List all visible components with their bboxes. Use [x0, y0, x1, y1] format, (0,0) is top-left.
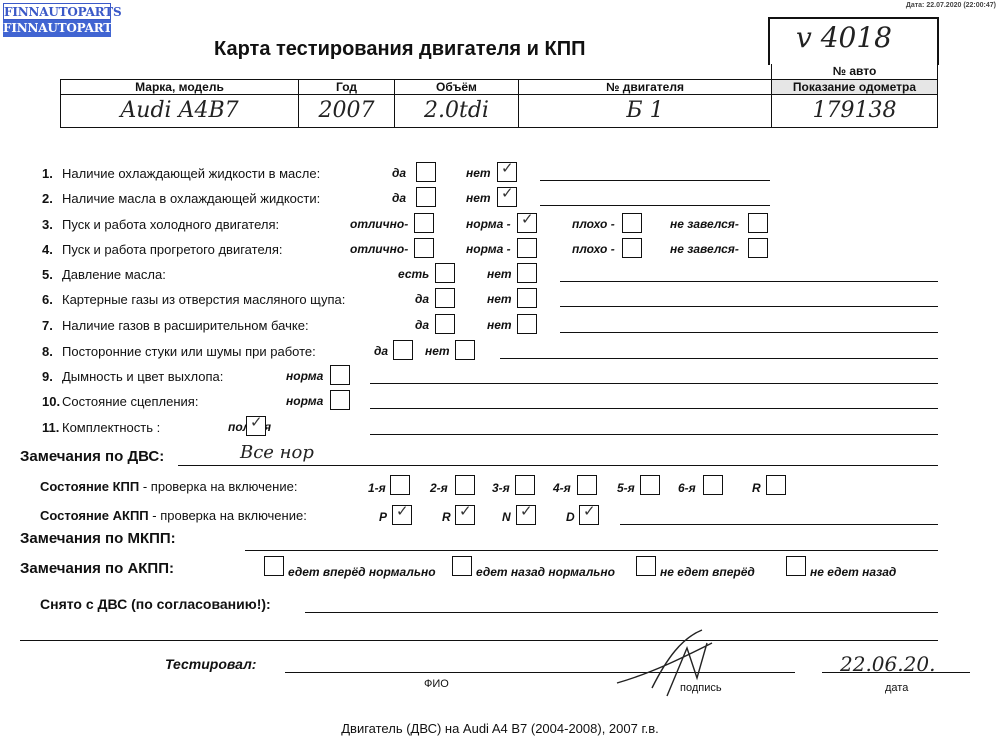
option-checkbox[interactable] [435, 263, 455, 283]
checklist-item: 10.Состояние сцепления: [42, 394, 198, 409]
item-number: 6. [42, 292, 62, 307]
gear-label: 5-я [617, 481, 635, 495]
option-label: нет [487, 267, 512, 281]
item-label: Давление масла: [62, 267, 166, 282]
remarks-engine-value: Все нор [240, 442, 314, 463]
gear-checkbox[interactable] [390, 475, 410, 495]
option-label: не завелся- [670, 242, 739, 256]
position-checkbox[interactable]: ✓ [516, 505, 536, 525]
option-checkbox[interactable]: ✓ [517, 213, 537, 233]
option-checkbox[interactable] [517, 288, 537, 308]
watermark-line-1: FINNAUTOPARTS [3, 3, 111, 20]
item-label: Дымность и цвет выхлопа: [62, 369, 223, 384]
option-checkbox[interactable]: ✓ [497, 187, 517, 207]
notes-line [560, 281, 938, 282]
item-number: 10. [42, 394, 62, 409]
option-label: отлично- [350, 242, 408, 256]
notes-line [370, 434, 938, 435]
checklist-item: 4.Пуск и работа прогретого двигателя: [42, 242, 282, 257]
remarks-manual-line [245, 550, 938, 551]
remarks-engine-line [178, 465, 938, 466]
notes-line [370, 408, 938, 409]
position-label: R [442, 510, 451, 524]
option-checkbox[interactable] [416, 187, 436, 207]
remarks-auto-label: Замечания по АКПП: [20, 560, 174, 577]
checklist-item: 9.Дымность и цвет выхлопа: [42, 369, 223, 384]
vehicle-info-table: № авто Марка, модель Год Объём № двигате… [60, 64, 938, 128]
option-checkbox[interactable] [414, 238, 434, 258]
option-checkbox[interactable] [416, 162, 436, 182]
option-checkbox[interactable]: ✓ [497, 162, 517, 182]
checkmark-icon: ✓ [583, 502, 596, 520]
auto-remark-label: не едет вперёд [660, 565, 755, 579]
col-header-volume: Объём [395, 79, 519, 94]
gear-label: 3-я [492, 481, 510, 495]
position-checkbox[interactable]: ✓ [579, 505, 599, 525]
image-caption: Двигатель (ДВС) на Audi A4 B7 (2004-2008… [0, 721, 1000, 736]
option-label: плохо - [572, 242, 615, 256]
option-label: есть [398, 267, 429, 281]
option-label: норма [286, 369, 323, 383]
option-checkbox[interactable] [393, 340, 413, 360]
item-label: Комплектность : [62, 420, 160, 435]
col-header-odometer: Показание одометра [772, 79, 938, 94]
option-checkbox[interactable] [748, 238, 768, 258]
gear-label: 4-я [553, 481, 571, 495]
notes-line [560, 306, 938, 307]
item-label: Состояние сцепления: [62, 394, 198, 409]
item-number: 9. [42, 369, 62, 384]
option-label: плохо - [572, 217, 615, 231]
option-label: да [392, 191, 406, 205]
option-label: нет [425, 344, 450, 358]
option-label: нет [466, 191, 491, 205]
position-checkbox[interactable]: ✓ [392, 505, 412, 525]
option-label: да [392, 166, 406, 180]
removed-label: Снято с ДВС (по согласованию!): [40, 596, 271, 612]
option-checkbox[interactable] [622, 238, 642, 258]
signature-caption: подпись [680, 682, 722, 694]
position-label: D [566, 510, 575, 524]
page-title: Карта тестирования двигателя и КПП [214, 38, 585, 61]
checklist-item: 2.Наличие масла в охлаждающей жидкости: [42, 191, 320, 206]
col-header-year: Год [299, 79, 395, 94]
auto-remark-label: едет назад нормально [476, 565, 615, 579]
item-number: 3. [42, 217, 62, 232]
remarks-manual-label: Замечания по МКПП: [20, 530, 176, 547]
extra-line [20, 640, 938, 641]
name-caption: ФИО [424, 678, 449, 690]
option-checkbox[interactable] [517, 263, 537, 283]
position-label: N [502, 510, 511, 524]
checklist-item: 5.Давление масла: [42, 267, 166, 282]
checkmark-icon: ✓ [459, 502, 472, 520]
option-label: норма - [466, 242, 511, 256]
option-label: не завелся- [670, 217, 739, 231]
checkmark-icon: ✓ [501, 159, 514, 177]
auto-remark-label: едет вперёд нормально [288, 565, 436, 579]
item-number: 8. [42, 344, 62, 359]
item-label: Наличие охлаждающей жидкости в масле: [62, 166, 320, 181]
checklist-item: 8.Посторонние стуки или шумы при работе: [42, 344, 316, 359]
checkmark-icon: ✓ [250, 413, 263, 431]
option-checkbox[interactable] [622, 213, 642, 233]
option-label: нет [466, 166, 491, 180]
value-volume: 2.0tdi [395, 94, 519, 127]
item-label: Пуск и работа холодного двигателя: [62, 217, 279, 232]
option-label: норма - [466, 217, 511, 231]
notes-line [540, 205, 770, 206]
gear-checkbox[interactable] [640, 475, 660, 495]
option-checkbox[interactable] [517, 314, 537, 334]
option-checkbox[interactable] [435, 288, 455, 308]
item-number: 11. [42, 420, 62, 435]
option-label: да [374, 344, 388, 358]
car-number-value: v 4018 [796, 21, 892, 54]
option-label: да [415, 292, 429, 306]
auto-remark-checkbox[interactable] [786, 556, 806, 576]
item-label: Посторонние стуки или шумы при работе: [62, 344, 316, 359]
checkmark-icon: ✓ [520, 502, 533, 520]
removed-line [305, 612, 938, 613]
option-label: да [415, 318, 429, 332]
notes-line [560, 332, 938, 333]
checkmark-icon: ✓ [501, 184, 514, 202]
auto-gearbox-line [620, 524, 938, 525]
auto-remark-checkbox[interactable] [452, 556, 472, 576]
car-number-label: № авто [772, 64, 938, 79]
tested-label: Тестировал: [165, 656, 256, 672]
gear-label: 6-я [678, 481, 696, 495]
value-year: 2007 [299, 94, 395, 127]
item-label: Наличие газов в расширительном бачке: [62, 318, 309, 333]
name-line [285, 672, 625, 673]
item-label: Пуск и работа прогретого двигателя: [62, 242, 282, 257]
gear-checkbox[interactable] [703, 475, 723, 495]
option-checkbox[interactable] [330, 390, 350, 410]
checklist-item: 1.Наличие охлаждающей жидкости в масле: [42, 166, 320, 181]
watermark-logo: FINNAUTOPARTS FINNAUTOPARTS [3, 3, 111, 37]
date-stamp: Дата: 22.07.2020 (22:00:47) [906, 2, 996, 9]
gear-checkbox[interactable] [577, 475, 597, 495]
auto-gearbox-label: Состояние АКПП - проверка на включение: [40, 508, 307, 523]
gear-checkbox[interactable] [766, 475, 786, 495]
auto-remark-checkbox[interactable] [636, 556, 656, 576]
col-header-make: Марка, модель [61, 79, 299, 94]
option-checkbox[interactable] [414, 213, 434, 233]
checklist-item: 11.Комплектность : [42, 420, 160, 435]
checklist-item: 7.Наличие газов в расширительном бачке: [42, 318, 309, 333]
option-label: норма [286, 394, 323, 408]
item-number: 7. [42, 318, 62, 333]
item-number: 2. [42, 191, 62, 206]
item-number: 4. [42, 242, 62, 257]
gear-label: R [752, 481, 761, 495]
item-label: Картерные газы из отверстия масляного щу… [62, 292, 345, 307]
item-number: 1. [42, 166, 62, 181]
option-checkbox[interactable] [517, 238, 537, 258]
car-number-box: v 4018 [768, 17, 939, 65]
option-label: нет [487, 292, 512, 306]
position-label: P [379, 510, 387, 524]
value-odometer: 179138 [772, 94, 938, 127]
option-checkbox[interactable] [330, 365, 350, 385]
option-label: отлично- [350, 217, 408, 231]
notes-line [500, 358, 938, 359]
option-label: нет [487, 318, 512, 332]
auto-remark-checkbox[interactable] [264, 556, 284, 576]
position-checkbox[interactable]: ✓ [455, 505, 475, 525]
notes-line [370, 383, 938, 384]
item-number: 5. [42, 267, 62, 282]
watermark-line-2: FINNAUTOPARTS [3, 20, 111, 37]
option-checkbox[interactable] [748, 213, 768, 233]
checklist-item: 6.Картерные газы из отверстия масляного … [42, 292, 345, 307]
date-value: 22.06.20. [840, 652, 935, 676]
gear-label: 2-я [430, 481, 448, 495]
option-checkbox[interactable]: ✓ [246, 416, 266, 436]
notes-line [540, 180, 770, 181]
manual-gearbox-label: Состояние КПП - проверка на включение: [40, 479, 297, 494]
checkmark-icon: ✓ [396, 502, 409, 520]
option-checkbox[interactable] [455, 340, 475, 360]
gear-checkbox[interactable] [455, 475, 475, 495]
gear-label: 1-я [368, 481, 386, 495]
item-label: Наличие масла в охлаждающей жидкости: [62, 191, 320, 206]
auto-remark-label: не едет назад [810, 565, 896, 579]
col-header-engine-number: № двигателя [519, 79, 772, 94]
checklist-item: 3.Пуск и работа холодного двигателя: [42, 217, 279, 232]
gear-checkbox[interactable] [515, 475, 535, 495]
option-checkbox[interactable] [435, 314, 455, 334]
value-make: Audi A4B7 [61, 94, 299, 127]
remarks-engine-label: Замечания по ДВС: [20, 448, 164, 465]
date-caption: дата [885, 682, 908, 694]
value-engine-number: Б 1 [519, 94, 772, 127]
checkmark-icon: ✓ [521, 210, 534, 228]
